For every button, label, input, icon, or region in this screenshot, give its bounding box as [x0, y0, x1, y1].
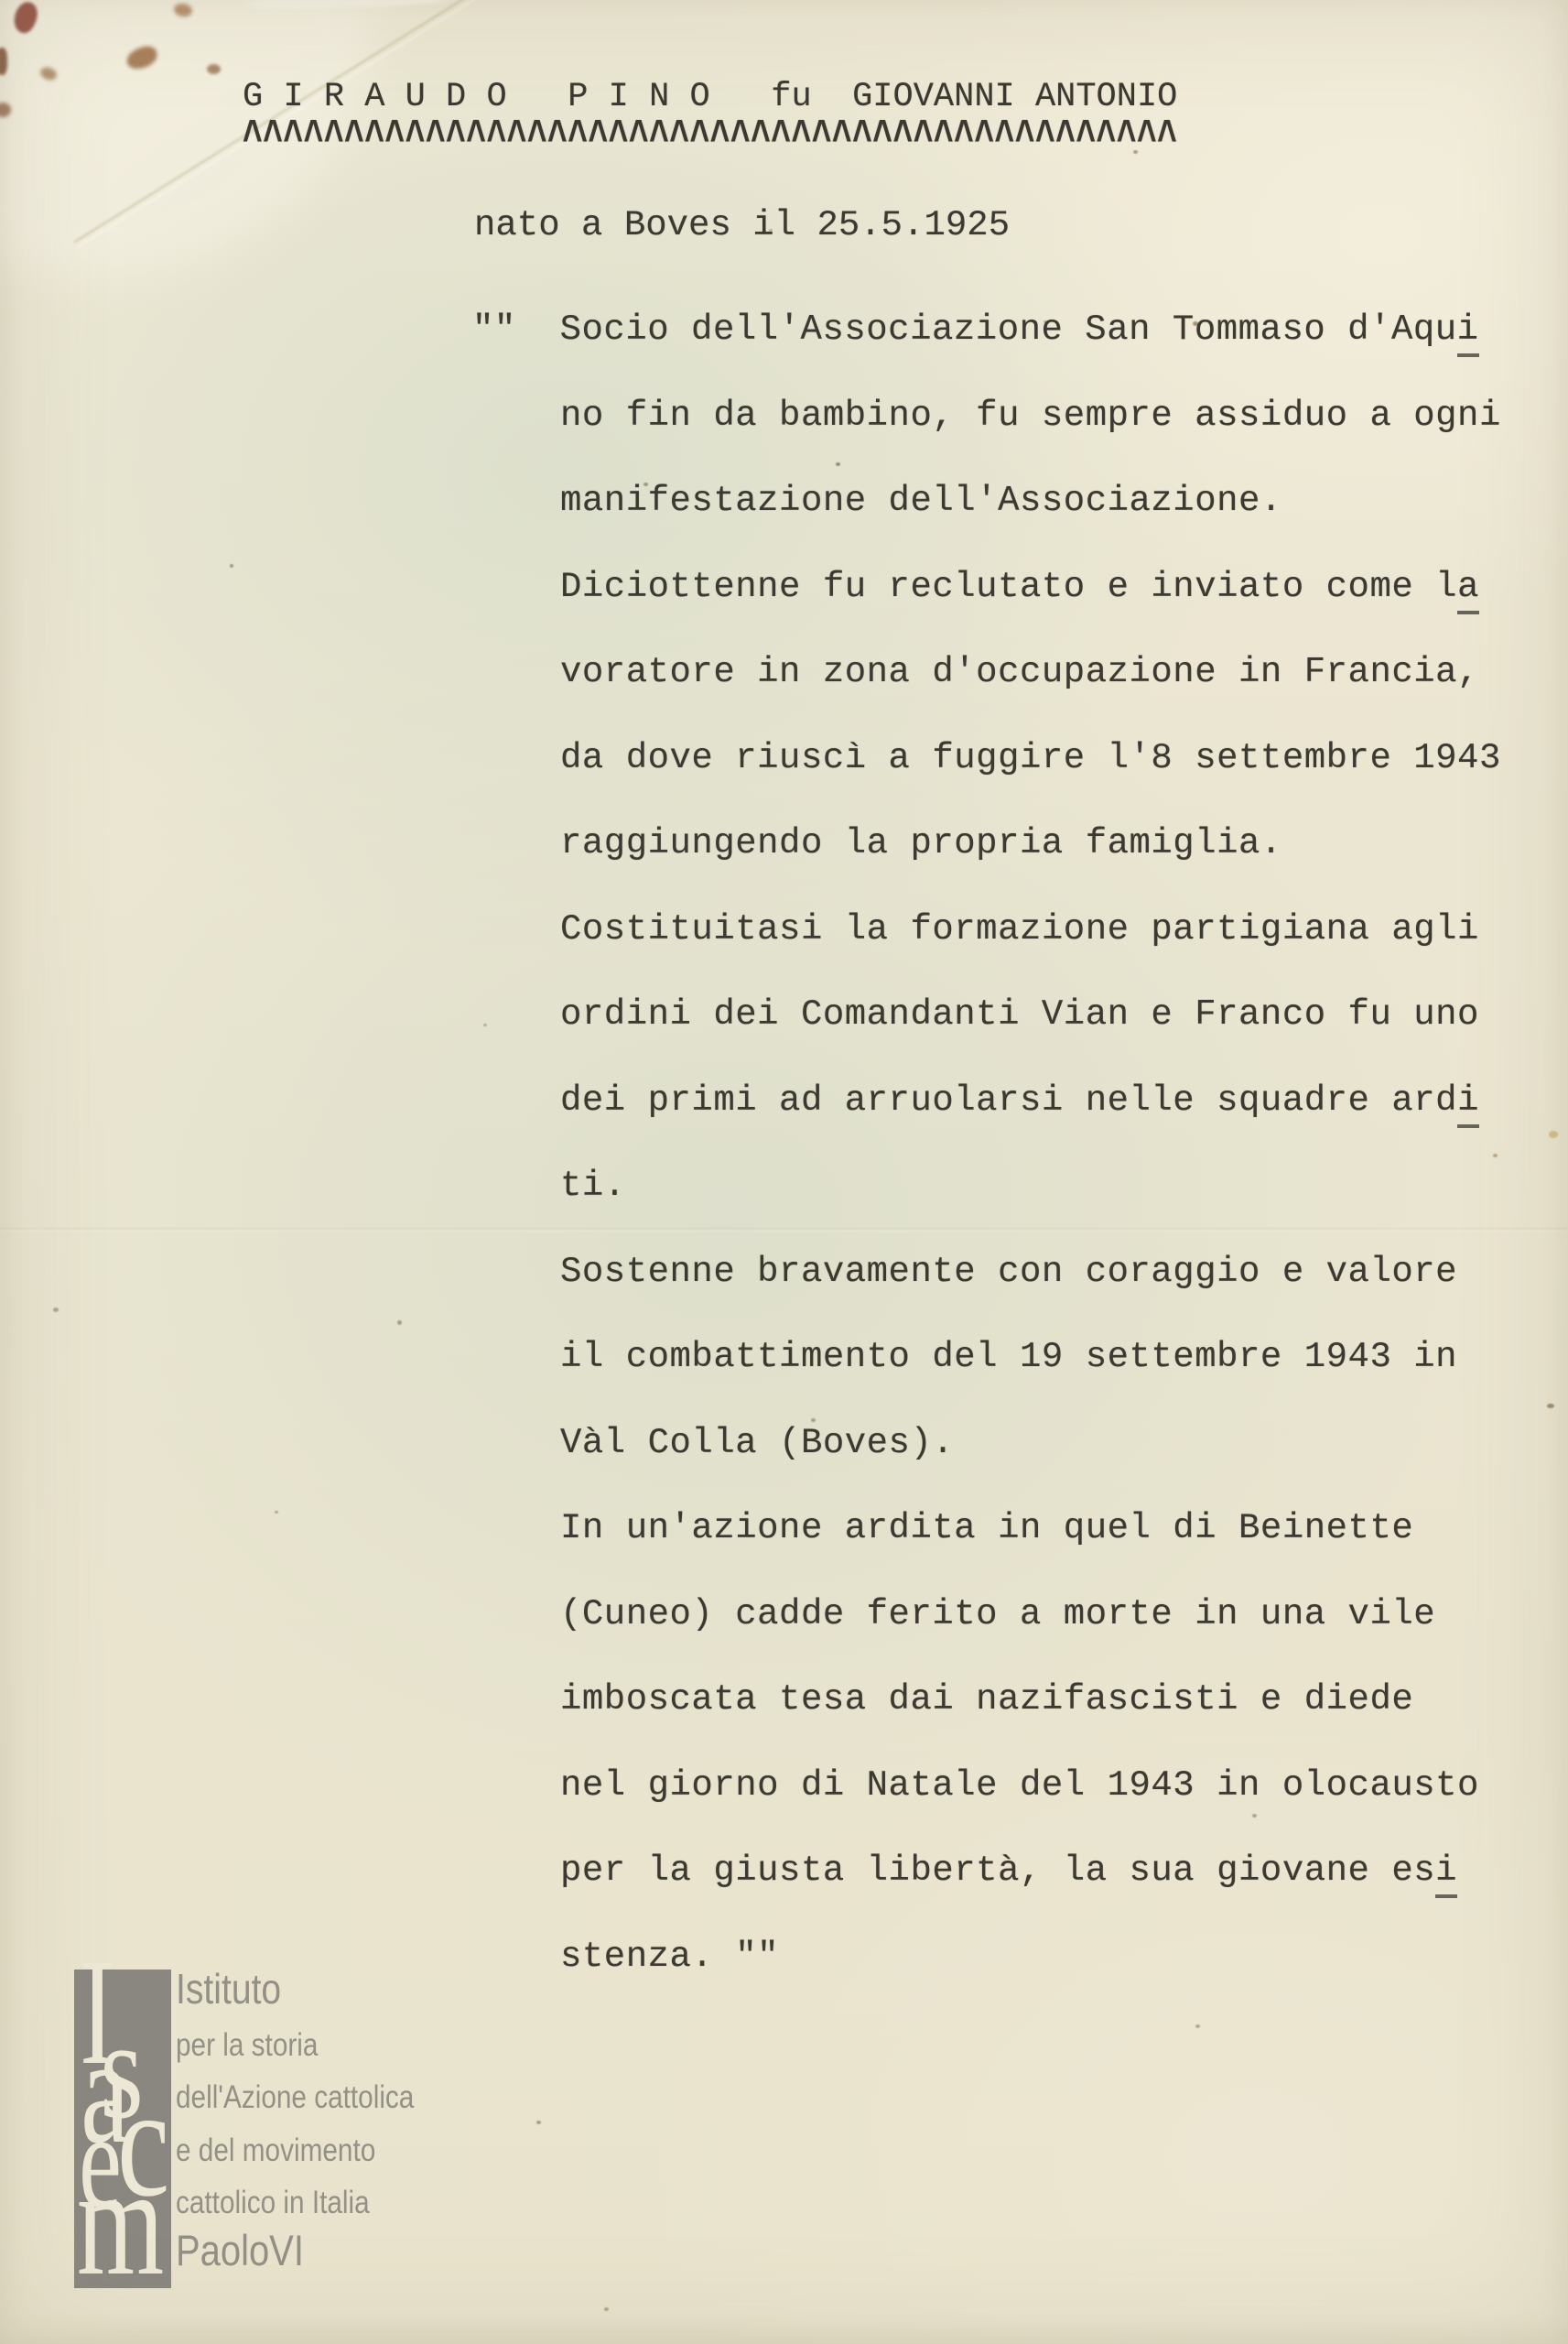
typewritten-line: Sostenne bravamente con coraggio e valor…	[560, 1230, 1501, 1316]
typewritten-line: In un'azione ardita in quel di Beinette	[560, 1486, 1501, 1572]
paper-stain	[207, 64, 221, 74]
typewritten-line: (Cuneo) cadde ferito a morte in una vile	[560, 1572, 1501, 1658]
underlined-letter: i	[1457, 1080, 1479, 1128]
typewritten-line: ordini dei Comandanti Vian e Franco fu u…	[560, 972, 1501, 1058]
line-text: il combattimento del 19 settembre 1943 i…	[560, 1337, 1457, 1377]
watermark-line: PaoloVI	[176, 2229, 304, 2272]
line-text: voratore in zona d'occupazione in Franci…	[560, 652, 1479, 692]
line-text: (Cuneo) cadde ferito a morte in una vile	[560, 1594, 1435, 1634]
paper-speck	[397, 1320, 402, 1325]
typewritten-line: il combattimento del 19 settembre 1943 i…	[560, 1315, 1501, 1401]
typewritten-line: Vàl Colla (Boves).	[560, 1401, 1501, 1487]
paper-stain	[173, 2, 193, 17]
isacem-logo-block: Isacem	[74, 1970, 171, 2288]
line-text: da dove riuscì a fuggire l'8 settembre 1…	[560, 738, 1501, 778]
birth-date-line: nato a Boves il 25.5.1925	[474, 203, 1010, 247]
line-text: per la giusta libertà, la sua giovane es	[560, 1850, 1435, 1891]
line-text: In un'azione ardita in quel di Beinette	[560, 1508, 1413, 1548]
paper-stain	[0, 103, 11, 117]
typewritten-line: manifestazione dell'Associazione.	[560, 459, 1501, 545]
paper-stain	[38, 65, 58, 81]
paper-speck	[1547, 1404, 1554, 1408]
paper-speck	[1195, 2024, 1200, 2028]
line-text: raggiungendo la propria famiglia.	[560, 823, 1282, 863]
watermark-line: dell'Azione cattolica	[176, 2081, 414, 2113]
line-text: ordini dei Comandanti Vian e Franco fu u…	[560, 994, 1479, 1035]
line-text: Diciottenne fu reclutato e inviato come …	[560, 567, 1457, 607]
typewritten-line: "" Socio dell'Associazione San Tommaso d…	[560, 288, 1501, 374]
typewritten-line: voratore in zona d'occupazione in Franci…	[560, 630, 1501, 716]
title-underline-carets: ^^^^^^^^^^^^^^^^^^^^^^^^^^^^^^^^^^^^^^^^…	[243, 115, 1177, 168]
underlined-letter: a	[1457, 567, 1479, 614]
typewritten-line: no fin da bambino, fu sempre assiduo a o…	[560, 374, 1501, 460]
paper-stain	[0, 0, 449, 363]
typewritten-line: dei primi ad arruolarsi nelle squadre ar…	[560, 1058, 1501, 1145]
watermark-line: cattolico in Italia	[176, 2187, 370, 2219]
typewritten-line: ti.	[560, 1144, 1501, 1230]
watermark-line: e del movimento	[176, 2134, 375, 2166]
typewritten-line: raggiungendo la propria famiglia.	[560, 801, 1501, 887]
paper-speck	[1549, 1131, 1558, 1138]
document-body: "" Socio dell'Associazione San Tommaso d…	[560, 288, 1501, 2000]
paper-stain	[0, 48, 7, 75]
typewritten-line: da dove riuscì a fuggire l'8 settembre 1…	[560, 716, 1501, 802]
line-text: no fin da bambino, fu sempre assiduo a o…	[560, 396, 1501, 436]
paper-speck	[53, 1308, 59, 1312]
typewritten-line: imboscata tesa dai nazifascisti e diede	[560, 1657, 1501, 1743]
line-text: Vàl Colla (Boves).	[560, 1423, 954, 1463]
paper-speck	[483, 1024, 487, 1026]
line-text: dei primi ad arruolarsi nelle squadre ar…	[560, 1080, 1457, 1121]
watermark-line: Istituto	[176, 1968, 281, 2010]
scanned-document-page: G I R A U D O P I N O fu GIOVANNI ANTONI…	[0, 0, 1568, 2344]
watermark-line: per la storia	[176, 2029, 318, 2061]
paper-speck	[604, 2307, 609, 2311]
line-text: imboscata tesa dai nazifascisti e diede	[560, 1679, 1413, 1720]
line-text: nel giorno di Natale del 1943 in olocaus…	[560, 1765, 1479, 1806]
line-text: manifestazione dell'Associazione.	[560, 481, 1282, 521]
line-text: Costituitasi la formazione partigiana ag…	[560, 909, 1479, 950]
document-title: G I R A U D O P I N O fu GIOVANNI ANTONI…	[243, 77, 1177, 117]
line-text: "" Socio dell'Associazione San Tommaso d…	[472, 309, 1457, 350]
typewritten-line: stenza. ""	[560, 1915, 1501, 2001]
paper-speck	[275, 1511, 278, 1514]
paper-stain	[247, 0, 449, 11]
typewritten-line: per la giusta libertà, la sua giovane es…	[560, 1829, 1501, 1915]
line-text: Sostenne bravamente con coraggio e valor…	[560, 1252, 1457, 1292]
typewritten-line: Costituitasi la formazione partigiana ag…	[560, 887, 1501, 973]
paper-speck	[230, 564, 233, 568]
isacem-letter: m	[77, 2143, 164, 2299]
paper-stain	[9, 0, 42, 36]
line-text: ti.	[560, 1166, 626, 1206]
typewritten-line: nel giorno di Natale del 1943 in olocaus…	[560, 1743, 1501, 1829]
paper-speck	[536, 2121, 541, 2124]
line-text: stenza. ""	[560, 1937, 779, 1977]
underlined-letter: i	[1457, 309, 1479, 357]
typewritten-line: Diciottenne fu reclutato e inviato come …	[560, 545, 1501, 631]
underlined-letter: i	[1435, 1850, 1457, 1898]
paper-stain	[124, 44, 160, 71]
